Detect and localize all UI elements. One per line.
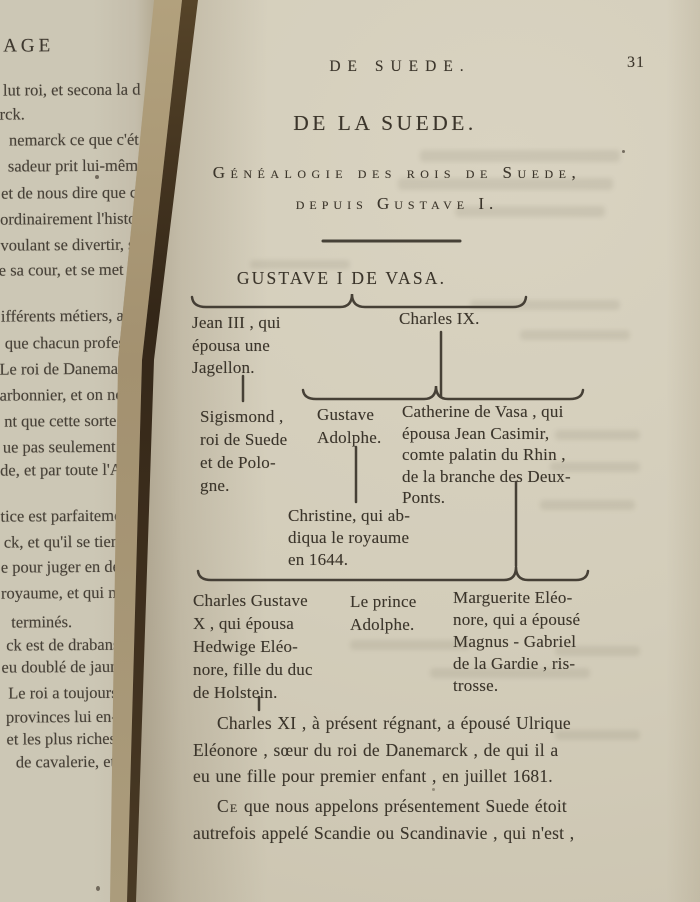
tree-root-label: GUSTAVE I DE VASA. [159, 268, 524, 289]
running-header: DE SUEDE. [250, 58, 550, 76]
left-page-line: ck est de drabans [1, 635, 119, 656]
tree-node-christine: Christine, qui ab- diqua le royaume en 1… [288, 505, 410, 571]
left-page-line: ordinairement l'histo [0, 209, 136, 230]
left-page-line: tice est parfaitemen [0, 506, 124, 527]
left-page-line: e sa cour, et se met lu [0, 260, 134, 281]
tree-node-sigismond: Sigismond , roi de Suede et de Polo- gne… [200, 405, 287, 497]
tree-node-marguerite: Marguerite Eléo- nore, qui a épousé Magn… [453, 587, 580, 697]
left-page-line: ifférents métiers, av [0, 306, 132, 327]
left-page-line: de, et par toute l'Al [0, 460, 126, 481]
left-page-line: royaume, et qui ne [1, 583, 122, 604]
left-page-line: eu doublé de jaune, [1, 657, 118, 678]
paragraph-rest: que nous appelons présentement Suede éto… [193, 796, 574, 843]
left-page-line: lut roi, et secona la d [0, 80, 141, 101]
left-page-line: rck. [0, 104, 25, 124]
left-page-line: nt que cette sorte d [0, 411, 129, 432]
tree-node-prince-adolphe: Le prince Adolphe. [350, 590, 416, 636]
section-heading-line1: Généalogie des rois de Suede, [100, 163, 694, 183]
ink-speck [622, 150, 625, 153]
left-page-line: et les plus riches [2, 729, 116, 750]
right-edge-shadow [666, 0, 700, 902]
left-page-line: nemarck ce que c'ét [0, 130, 139, 151]
book-photo: { "left_page": { "header_fragment": "AGE… [0, 0, 700, 902]
left-page-line: que chacun profess [0, 333, 131, 354]
paragraph-lead: Ce [217, 796, 238, 816]
ink-speck [432, 788, 435, 791]
tree-node-jean-iii: Jean III , qui épousa une Jagellon. [192, 312, 281, 380]
tree-node-gustave-adolphe: Gustave Adolphe. [317, 403, 381, 449]
tree-node-catherine: Catherine de Vasa , qui épousa Jean Casi… [402, 401, 571, 509]
left-page-line: et de nous dire que c [0, 183, 137, 204]
left-page-line: terminés. [11, 612, 72, 632]
left-page-line: Le roi a toujours [2, 683, 118, 704]
chapter-title: DE LA SUEDE. [190, 111, 580, 136]
paragraph-charles-xi: Charles XI , à présent régnant, a épousé… [193, 710, 639, 790]
section-heading-line2: depuis Gustave I. [150, 194, 644, 214]
left-page-line: ue pas seulement e [0, 437, 127, 458]
left-page-line: de cavalerie, et [2, 752, 115, 773]
tree-node-charles-gustave-x: Charles Gustave X , qui épousa Hedwige E… [193, 589, 313, 704]
page-number: 31 [627, 54, 645, 72]
ink-speck [95, 175, 99, 179]
left-page-line: Le roi de Danemarck [0, 359, 130, 380]
left-page-header-fragment: AGE [3, 36, 54, 56]
ink-speck [96, 886, 100, 891]
left-page-line: arbonnier, et on nou [0, 385, 130, 406]
paragraph-scandinavie: Ce que nous appelons présentement Suede … [193, 793, 639, 846]
brace-generation2 [303, 386, 583, 399]
left-page-line: ck, et qu'il se tient [1, 532, 124, 553]
left-page-line: provinces lui en- [2, 707, 117, 728]
left-page-line: e pour juger en der [1, 557, 123, 578]
tree-node-charles-ix: Charles IX. [399, 308, 480, 330]
left-page-line: voulant se divertir, s [0, 235, 135, 256]
